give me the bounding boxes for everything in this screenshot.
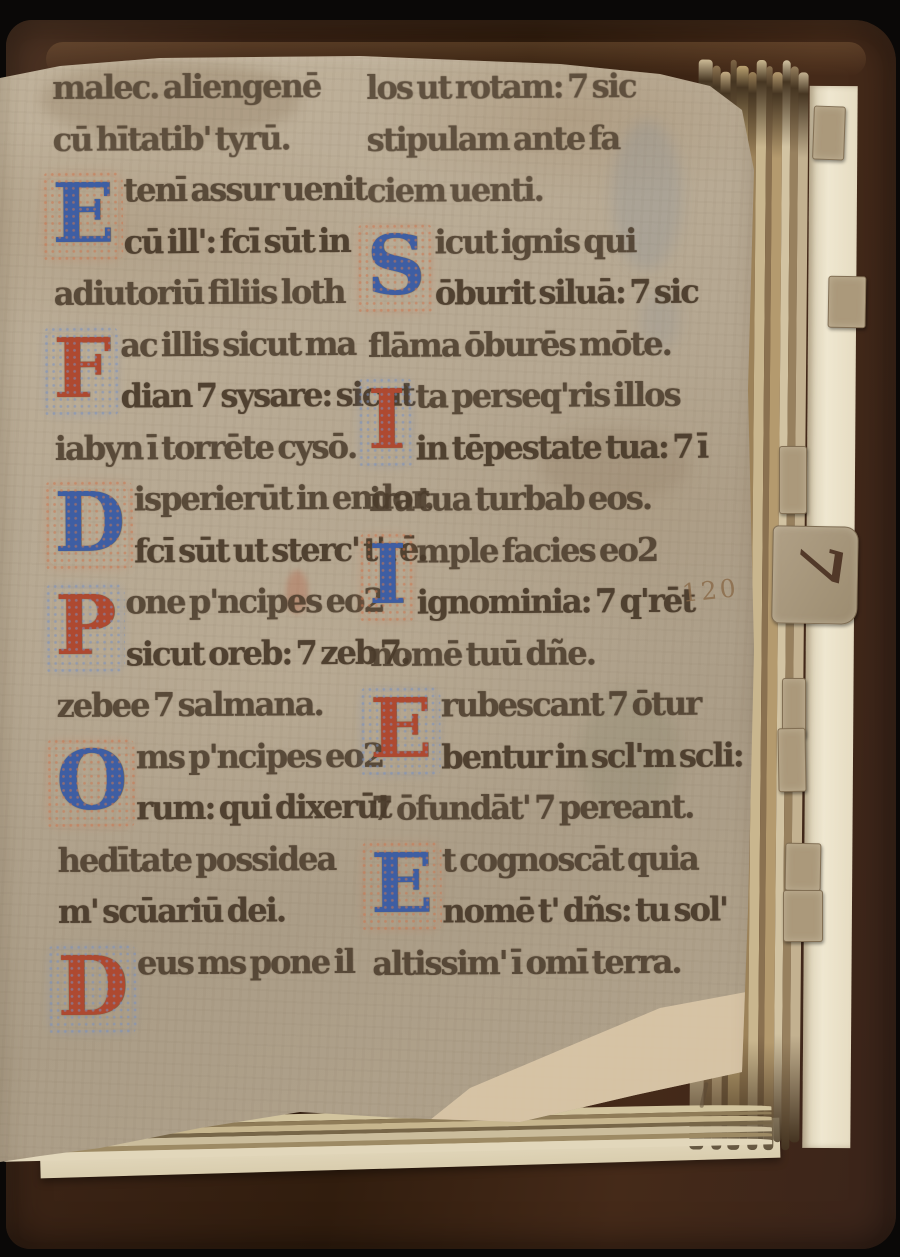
verse-line: ōburit siluā: 7 sic (367, 266, 687, 320)
verse-line: los ut rotam: 7 sic (366, 60, 686, 114)
verse-line: cū ill': fcī sūt in (53, 214, 344, 268)
verse-line: stipulam ante fa (366, 111, 686, 165)
verse-line: adiutoriū filiis loth (53, 266, 344, 320)
psalm-verse: Sicut ignis quiōburit siluā: 7 sicflāma … (367, 214, 698, 371)
verse-line: ac illis sicut ma (54, 317, 345, 371)
verse-line: flāma ōburēs mōte. (368, 317, 688, 371)
verse-line: rum: qui dixerūt (57, 781, 348, 835)
verse-line: one p'ncipes eo2 (56, 575, 347, 629)
bookmark-tab (785, 843, 822, 892)
verse-line: rubescant 7 ōtur (370, 678, 690, 732)
verse-line: sicut oreb: 7 zeb 7. (56, 626, 347, 680)
verse-line: m' scūariū dei. (58, 884, 349, 938)
text-column-right: los ut rotam: 7 sicstipulam ante faciem … (366, 60, 702, 989)
verse-line: ciem uenti. (367, 163, 687, 217)
verse-line: nomē tuū dñe. (370, 626, 690, 680)
verse-line: malec. aliengenē (52, 60, 343, 114)
psalm-verse: Erubescant 7 ōturbentur in scl'm scli:7 … (370, 678, 701, 835)
bookmark-tab (812, 105, 846, 160)
psalm-verse: Pone p'ncipes eo2sicut oreb: 7 zeb 7.zeb… (56, 575, 357, 732)
verse-line: mple facies eo2 (369, 523, 689, 577)
psalm-verse: Oms p'ncipes eo2rum: qui dixerūthedītate… (57, 729, 358, 937)
verse-line: hedītate possidea (57, 832, 348, 886)
psalm-verse: Et cognoscāt quianomē t' dñs: tu sol'alt… (371, 832, 702, 989)
verse-line: bentur in scl'm scli: (371, 729, 691, 783)
verse-line: altissim' ī omī terra. (372, 935, 692, 989)
psalm-verse: Imple facies eo2ignominia: 7 q'rētnomē t… (369, 523, 700, 680)
psalm-verse: Deus ms pone il (58, 935, 358, 989)
verse-line: ira tua turbab eos. (369, 472, 689, 526)
verse-line: iabyn ī torrēte cysō. (55, 420, 346, 474)
verse-line: fcī sūt ut sterc' t'rē. (55, 523, 346, 577)
verse-line: t cognoscāt quia (371, 832, 691, 886)
bookmark-tab-marked: 7 (771, 525, 859, 624)
verse-line: cū hītatib' tyrū. (52, 111, 343, 165)
text-column-left: malec. aliengenēcū hītatib' tyrū.Etenī a… (52, 60, 359, 1040)
psalm-verse: malec. aliengenēcū hītatib' tyrū. (52, 60, 353, 165)
manuscript-photo: 7 malec. aliengenēcū hītatib' tyrū.Etenī… (0, 0, 900, 1257)
verse-line: dian 7 sysare: sicut (54, 369, 345, 423)
bookmark-tab (777, 728, 806, 792)
verse-line: isperierūt in endor. (55, 472, 346, 526)
psalm-verse: Fac illis sicut madian 7 sysare: sicutia… (54, 317, 355, 474)
psalm-verse: Ita perseq'ris illosin tēpestate tua: 7 … (368, 369, 699, 526)
verse-line: eus ms pone il (58, 935, 349, 989)
tab-section-mark: 7 (788, 534, 850, 590)
bookmark-tab (828, 276, 867, 329)
bookmark-tab (783, 890, 823, 942)
psalm-verse: Disperierūt in endor.fcī sūt ut sterc' t… (55, 472, 356, 577)
verse-line: ta perseq'ris illos (368, 369, 688, 423)
verse-line: icut ignis qui (367, 214, 687, 268)
verse-line: tenī assur uenit (53, 163, 344, 217)
psalm-verse: los ut rotam: 7 sicstipulam ante faciem … (366, 60, 697, 217)
bookmark-tab (779, 446, 807, 514)
verse-line: ignominia: 7 q'rēt (370, 575, 690, 629)
verse-line: zebee 7 salmana. (56, 678, 347, 732)
verse-line: 7 ōfundāt' 7 pereant. (371, 781, 691, 835)
verse-line: nomē t' dñs: tu sol' (372, 884, 692, 938)
verse-line: in tēpestate tua: 7 ī (369, 420, 689, 474)
psalm-verse: Etenī assur uenitcū ill': fcī sūt inadiu… (53, 163, 354, 320)
verse-line: ms p'ncipes eo2 (57, 729, 348, 783)
folio-number: 120 (681, 573, 740, 608)
